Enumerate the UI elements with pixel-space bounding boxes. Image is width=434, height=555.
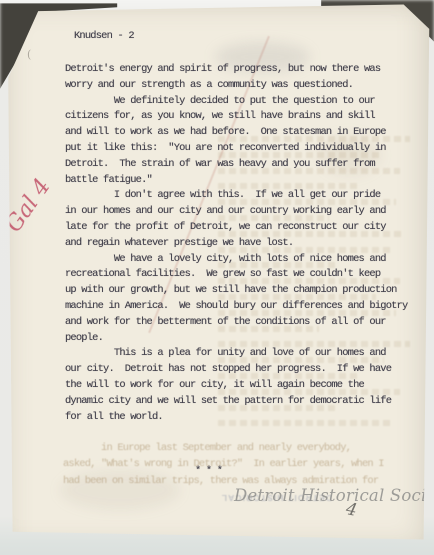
bleedthrough-line: in Europe last September and nearly ever… (63, 440, 384, 456)
typed-line: up with our growth, but we still have th… (65, 283, 407, 299)
typed-line: people. (65, 331, 407, 347)
typed-line: in our homes and our city and our countr… (65, 204, 407, 220)
typed-line: worry and our strength as a community wa… (65, 78, 407, 94)
typed-line: citizens for, as you know, we still have… (65, 109, 407, 125)
scanned-document-photo: in Europe last September and nearly ever… (0, 0, 434, 555)
typed-line: for all the world. (65, 410, 407, 426)
typed-line: put it like this: "You are not reconvert… (65, 141, 407, 157)
paper-sheet: in Europe last September and nearly ever… (0, 0, 434, 555)
bleedthrough-lines: in Europe last September and nearly ever… (63, 440, 384, 489)
typed-line: late for the profit of Detroit, we can r… (65, 220, 407, 236)
pencil-corner-mark: ( (27, 48, 31, 61)
typed-line: battle fatigue." (65, 173, 407, 189)
end-separator: * * * (195, 465, 222, 477)
typed-line: the will to work for our city, it will a… (65, 378, 407, 394)
typed-line: This is a plea for unity and love of our… (65, 346, 407, 362)
typed-line: We have a lovely city, with lots of nice… (65, 252, 407, 268)
typed-line: and will to work as we had before. One s… (65, 125, 407, 141)
typed-line: I don't agree with this. If we all get o… (65, 188, 407, 204)
typed-line: machine in America. We should bury our d… (65, 299, 407, 315)
typed-line: Detroit. The strain of war was heavy and… (65, 157, 407, 173)
typed-line: We definitely decided to put the questio… (65, 94, 407, 110)
page-header: Knudsen - 2 (74, 30, 134, 42)
typed-line: recreational facilities. We grew so fast… (65, 267, 407, 283)
watermark: Detroit Historical Society (234, 486, 434, 505)
typed-line: our city. Detroit has not stopped her pr… (65, 362, 407, 378)
typed-line: and work for the betterment of the condi… (65, 315, 407, 331)
typed-line: and regain whatever prestige we have los… (65, 236, 407, 252)
bleedthrough-line: asked, "What's wrong in Detroit?" In ear… (63, 456, 384, 472)
typed-line: Detroit's energy and spirit of progress,… (65, 62, 407, 78)
typed-text-body: Detroit's energy and spirit of progress,… (65, 62, 407, 425)
typed-line: dynamic city and we will set the pattern… (65, 394, 407, 410)
